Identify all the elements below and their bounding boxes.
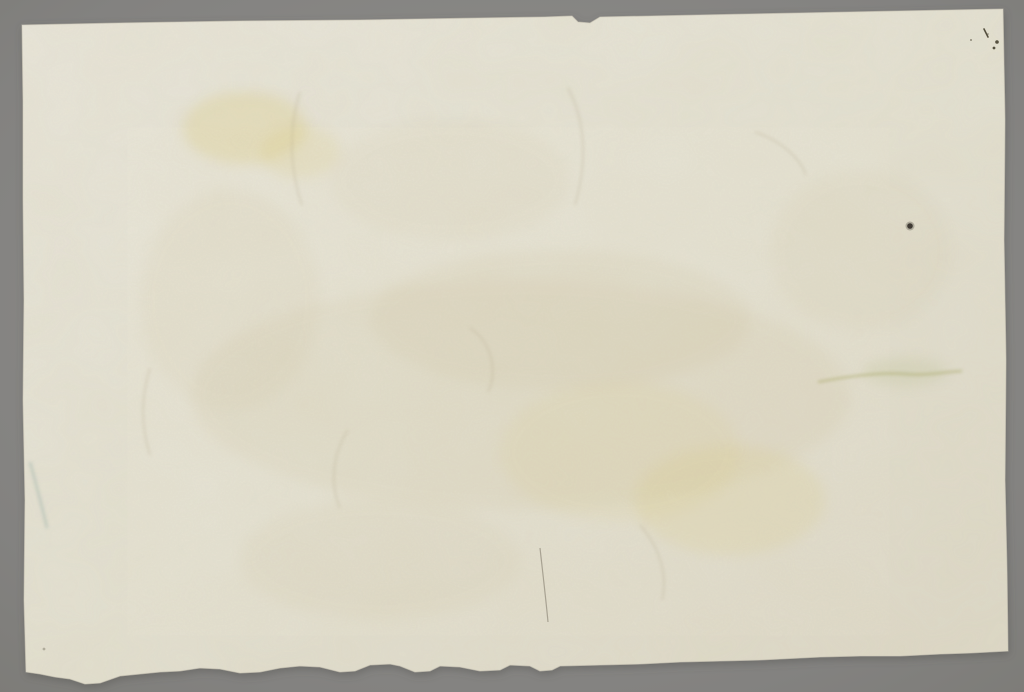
- scan-stage: 2023.3.192: [0, 0, 1024, 692]
- upper-mottle: [330, 120, 570, 240]
- right-mottle: [770, 170, 950, 330]
- speck-dot: [987, 33, 989, 35]
- tan-stain: [370, 250, 750, 390]
- yellow-stain-small: [260, 126, 340, 178]
- faint-stain: [500, 382, 740, 522]
- ink-dot: [907, 223, 913, 229]
- paper-texture-group: 2023.3.192: [17, 8, 1010, 688]
- green-tinge: [863, 358, 947, 386]
- scan-image: 2023.3.192: [0, 0, 1024, 692]
- speck-dot: [970, 39, 972, 41]
- speck-dot: [993, 47, 996, 50]
- lower-mottle: [240, 500, 520, 620]
- speck-dot: [43, 648, 46, 651]
- left-mottle: [140, 190, 320, 410]
- speck-dot: [995, 40, 999, 44]
